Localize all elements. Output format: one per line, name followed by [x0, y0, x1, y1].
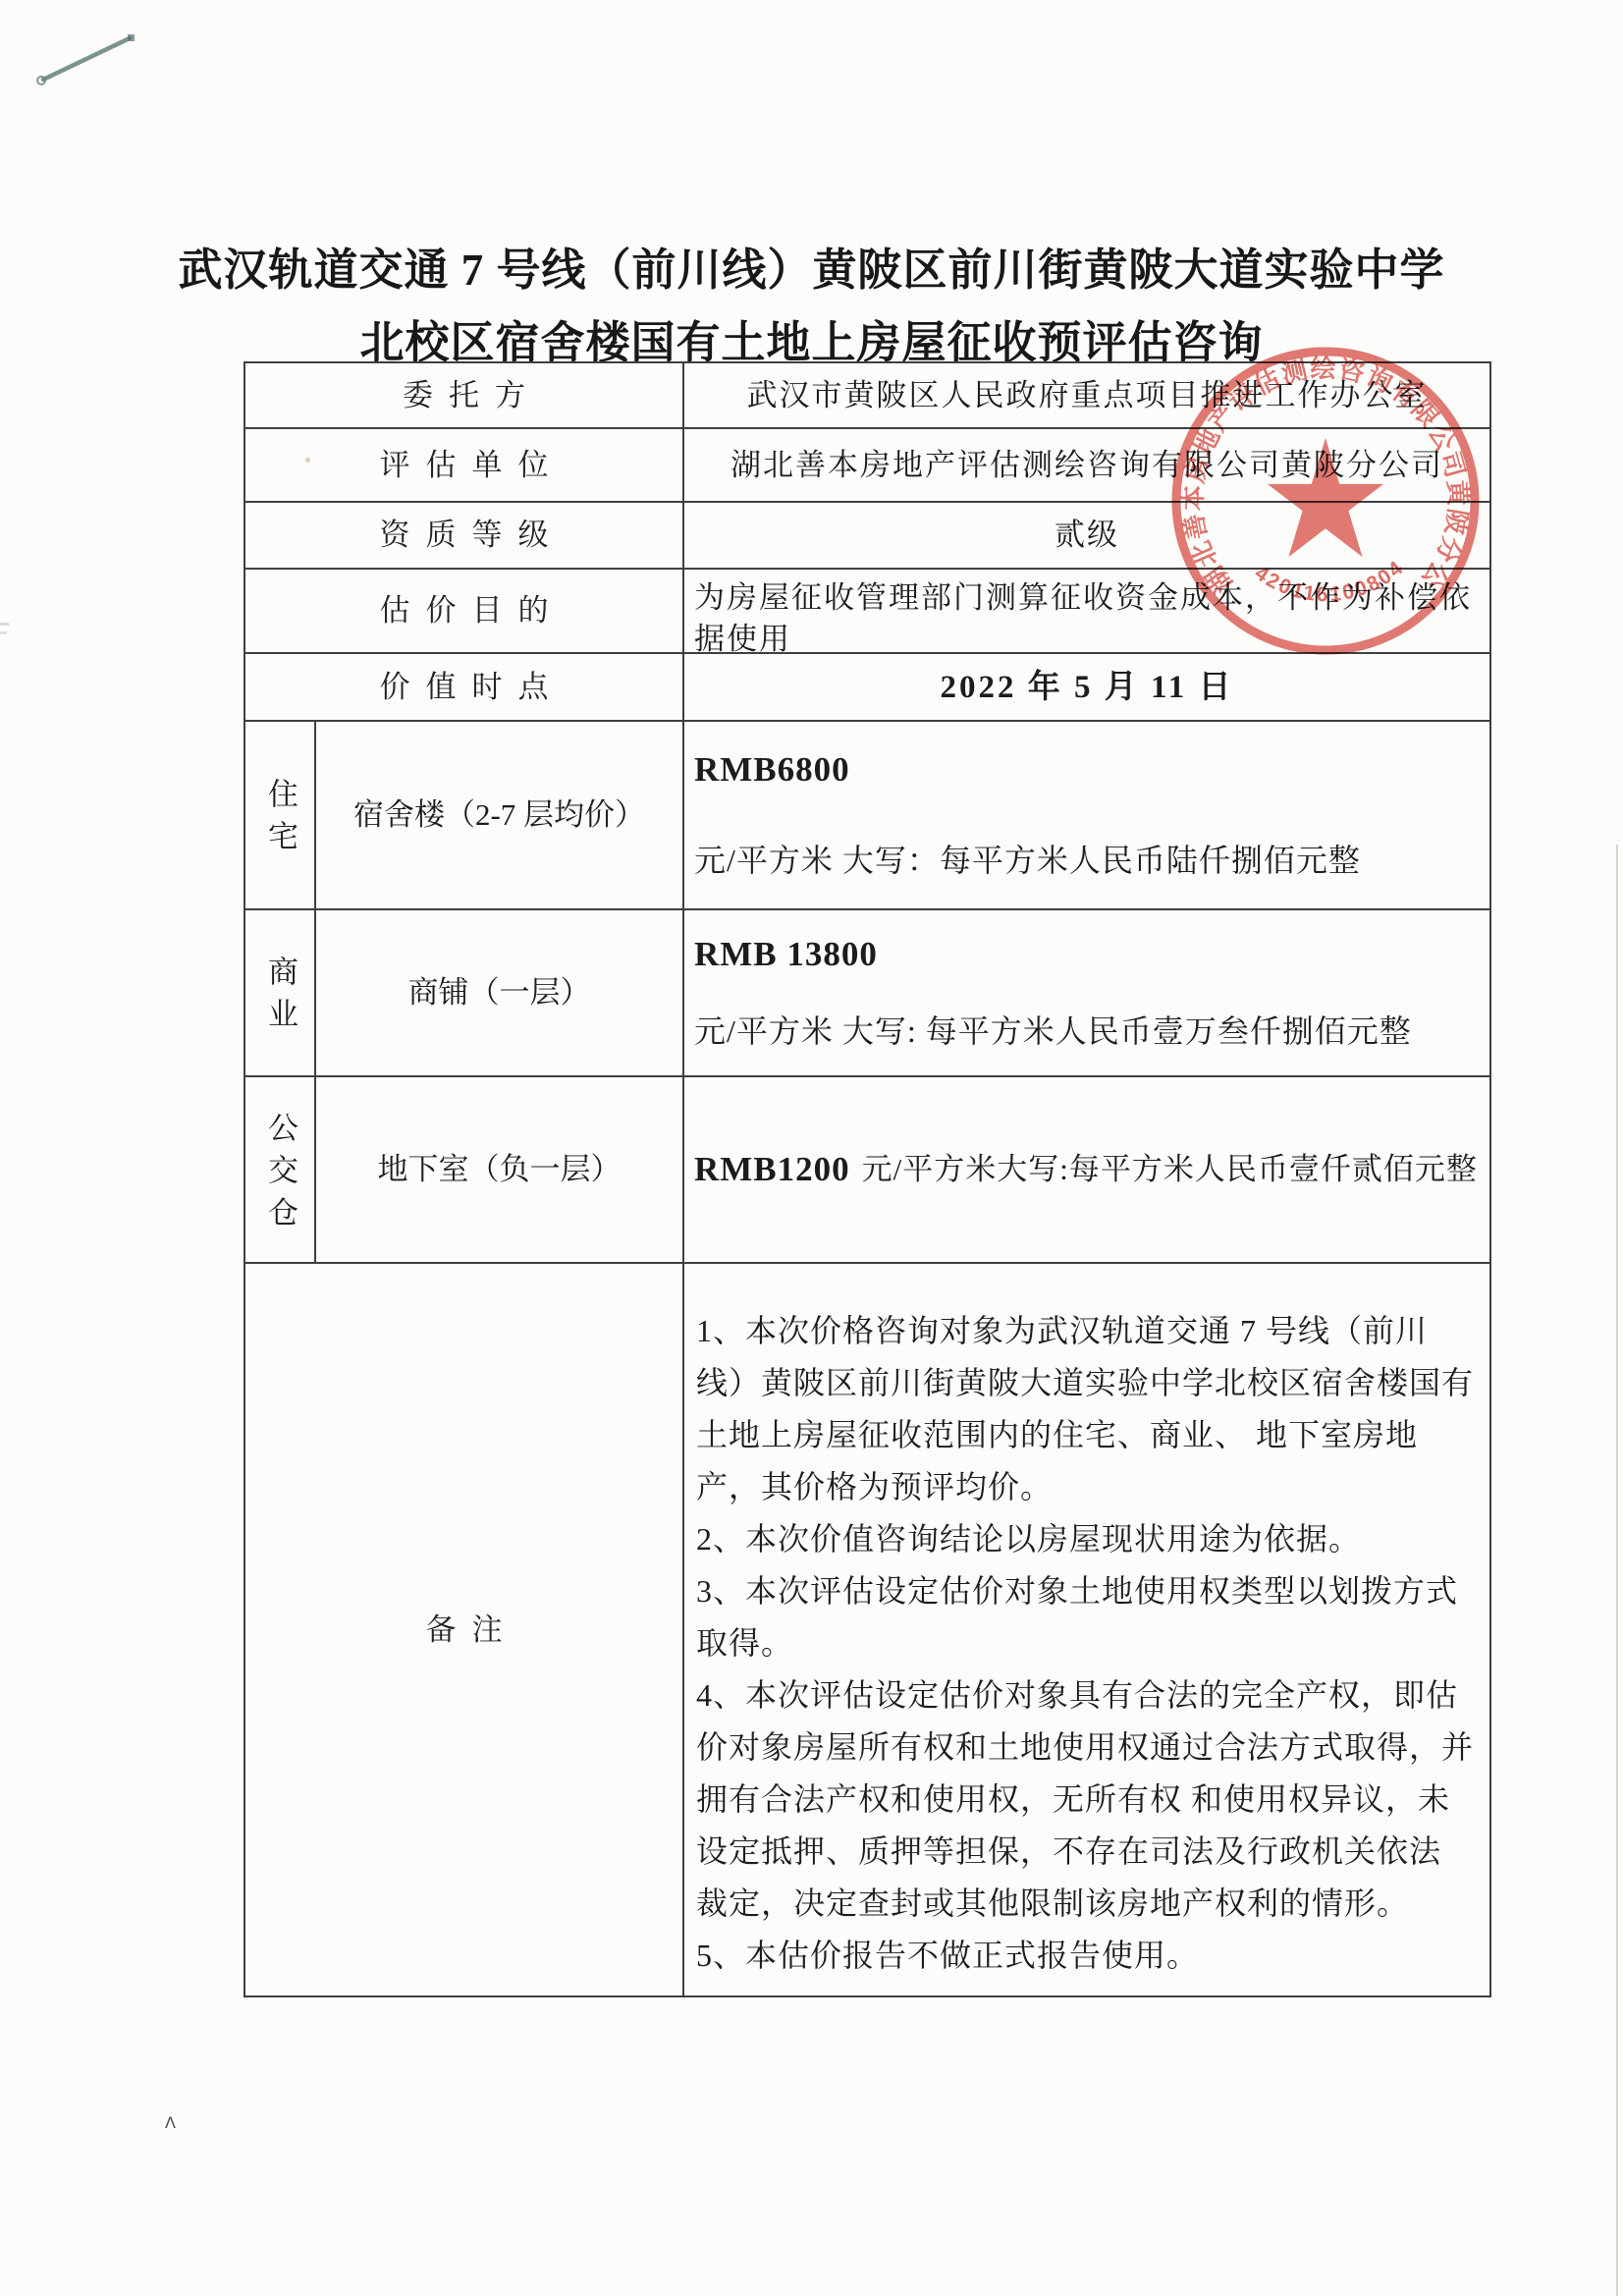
remark-item-1: 1、本次价格咨询对象为武汉轨道交通 7 号线（前川线）黄陂区前川街黄陂大道实验中…	[696, 1305, 1476, 1513]
remark-item-3: 3、本次评估设定估价对象土地使用权类型以划拨方式取得。	[696, 1565, 1476, 1669]
svg-text:420116100804: 420116100804	[1251, 556, 1409, 607]
price-residential-text: 元/平方米 大写：每平方米人民币陆仟捌佰元整	[694, 815, 1361, 905]
remark-item-4: 4、本次评估设定估价对象具有合法的完全产权，即估价对象房屋所有权和土地使用权通过…	[696, 1669, 1476, 1930]
price-basement-text: 元/平方米大写:每平方米人民币壹仟贰佰元整	[862, 1124, 1478, 1215]
row-qualification-label: 资质等级	[245, 503, 684, 570]
seal-number-text: 420116100804	[1251, 556, 1409, 607]
price-commercial-code: RMB 13800	[694, 916, 878, 993]
row-purpose-label: 估价目的	[245, 570, 684, 654]
seal-star-icon	[1268, 438, 1383, 557]
company-seal: 湖北善本房地产评估测绘咨询有限公司黄陂分公司 420116100804	[1159, 334, 1492, 668]
remark-item-2: 2、本次价值咨询结论以房屋现状用途为依据。	[696, 1513, 1361, 1565]
price-basement: RMB1200元/平方米大写:每平方米人民币壹仟贰佰元整	[684, 1077, 1489, 1264]
category-public-storage: 公交仓	[245, 1077, 316, 1264]
remark-item-5: 5、本估价报告不做正式报告使用。	[696, 1930, 1199, 1982]
category-residential: 住宅	[245, 722, 316, 910]
row-appraiser-label: 评估单位	[245, 429, 684, 503]
category-commercial: 商业	[245, 910, 316, 1077]
scanned-appraisal-document: { "page": { "title_line1": "武汉轨道交通 7 号线（…	[0, 0, 1623, 2296]
price-residential: RMB6800元/平方米 大写：每平方米人民币陆仟捌佰元整	[684, 722, 1489, 910]
price-residential-code: RMB6800	[694, 725, 850, 815]
remarks-label: 备注	[245, 1264, 684, 1995]
row-client-label: 委托方	[245, 363, 684, 429]
svg-text:湖北善本房地产评估测绘咨询有限公司黄陂分公司: 湖北善本房地产评估测绘咨询有限公司黄陂分公司	[1159, 334, 1473, 598]
margin-mark	[0, 631, 7, 634]
item-dormitory: 宿舍楼（2-7 层均价）	[316, 722, 684, 910]
scan-edge-line	[1616, 845, 1618, 2296]
price-basement-code: RMB1200	[694, 1124, 850, 1215]
price-commercial: RMB 13800元/平方米 大写: 每平方米人民币壹万叁仟捌佰元整	[684, 910, 1489, 1077]
document-title-line1: 武汉轨道交通 7 号线（前川线）黄陂区前川街黄陂大道实验中学	[0, 234, 1623, 298]
stray-pen-mark: Λ	[165, 2113, 176, 2132]
pen-scratch-mark	[29, 25, 147, 93]
paper-speck	[305, 458, 310, 463]
margin-mark	[0, 623, 9, 626]
seal-company-text: 湖北善本房地产评估测绘咨询有限公司黄陂分公司	[1159, 334, 1473, 598]
price-commercial-text: 元/平方米 大写: 每平方米人民币壹万叁仟捌佰元整	[694, 993, 1412, 1069]
row-value-date-label: 价值时点	[245, 654, 684, 722]
item-shop: 商铺（一层）	[316, 910, 684, 1077]
remarks-content: 1、本次价格咨询对象为武汉轨道交通 7 号线（前川线）黄陂区前川街黄陂大道实验中…	[684, 1264, 1489, 1995]
item-basement: 地下室（负一层）	[316, 1077, 684, 1264]
